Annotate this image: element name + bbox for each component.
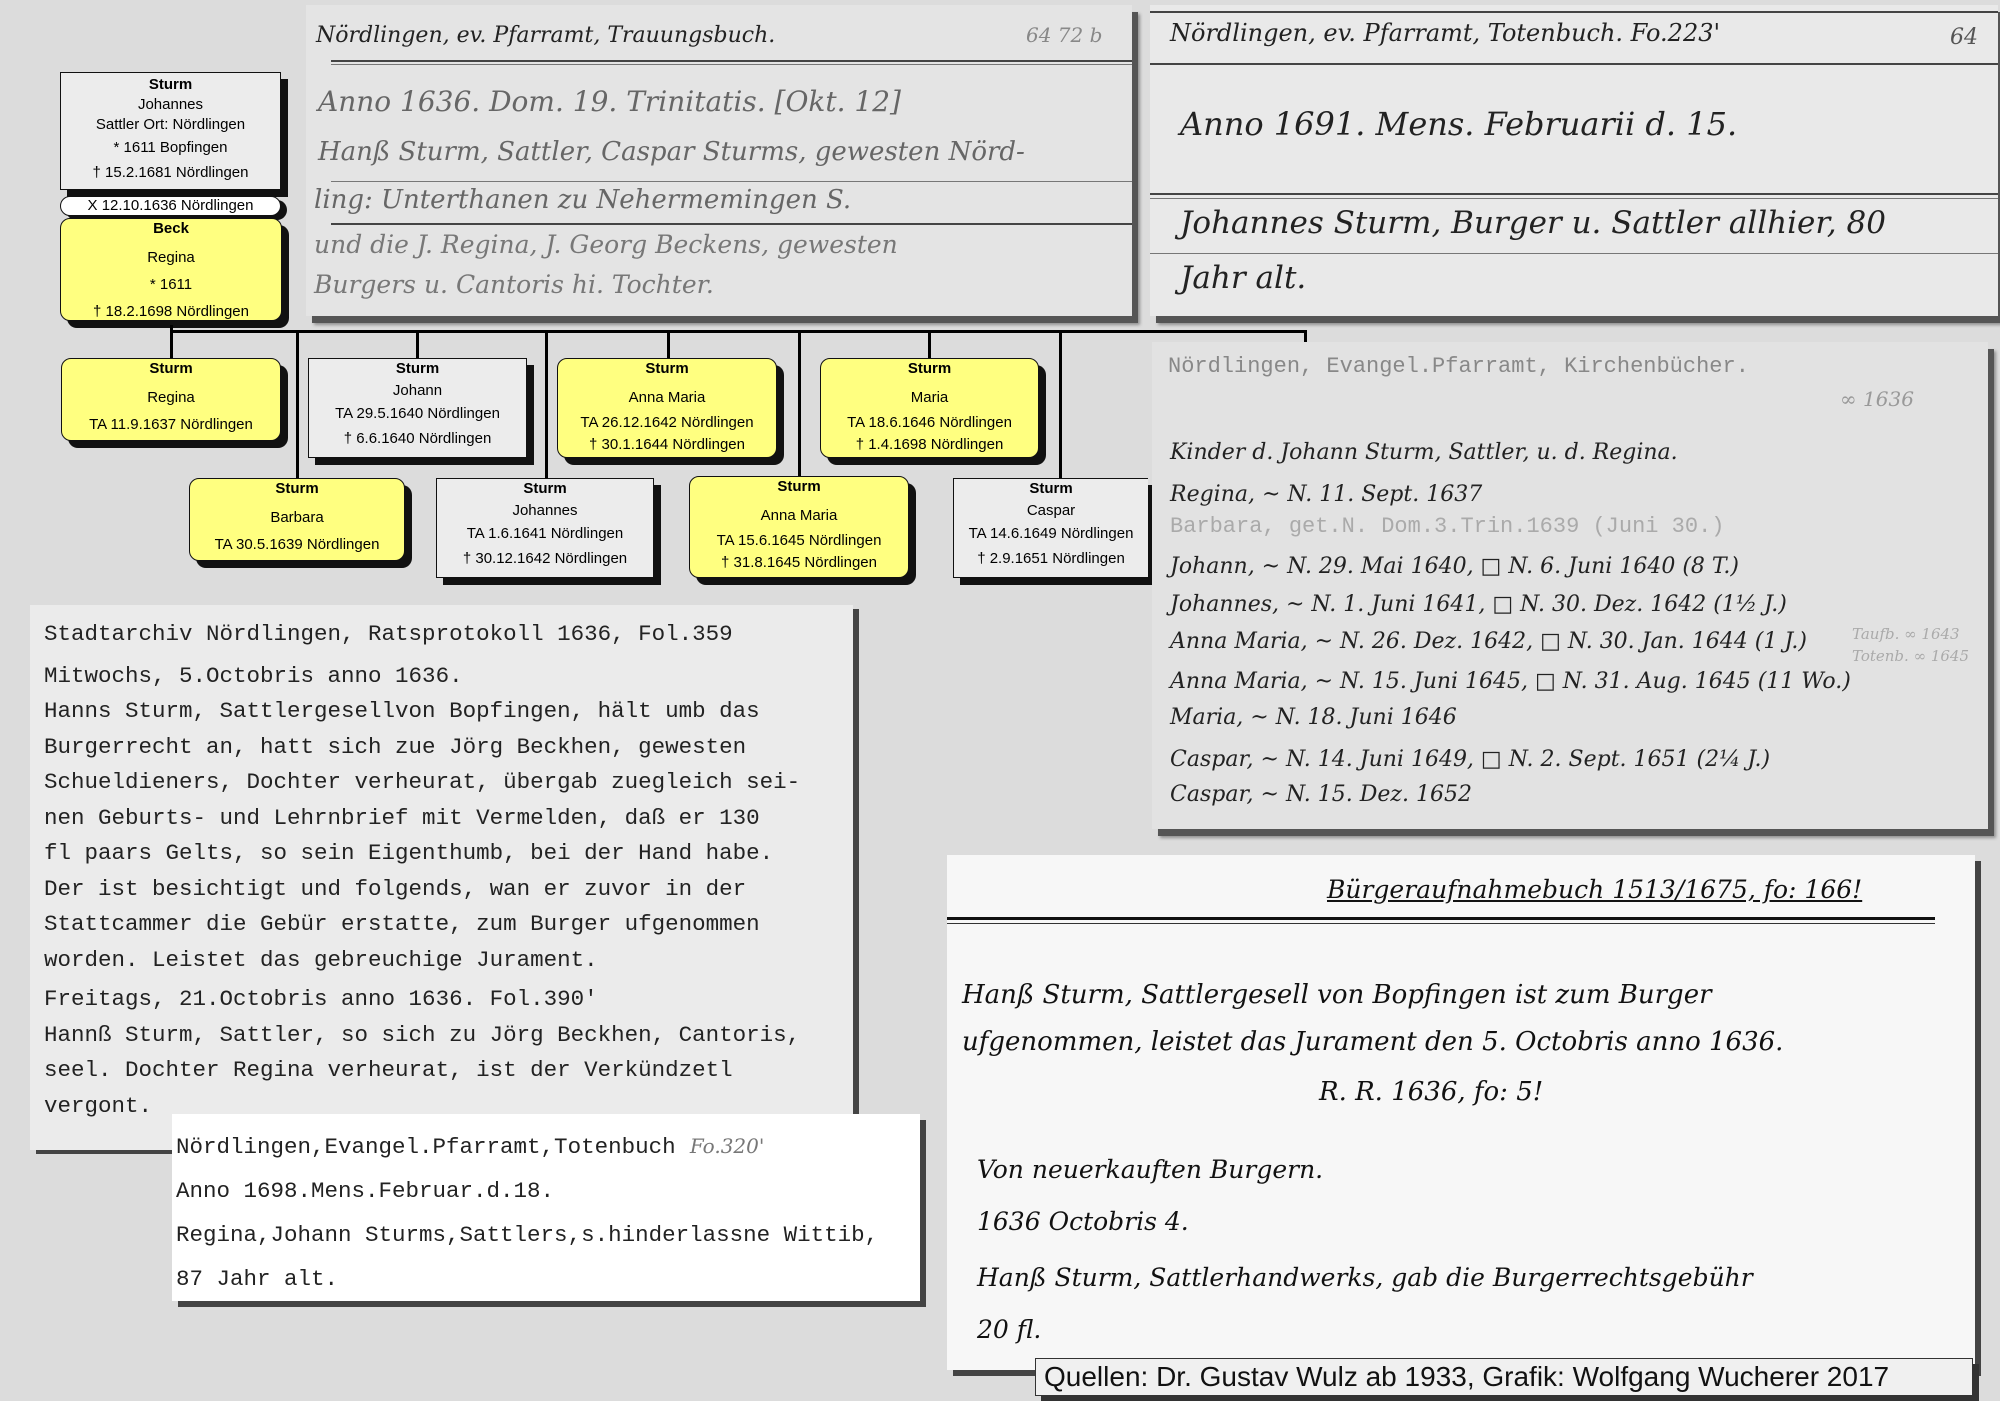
divider bbox=[1150, 253, 1998, 254]
text-line: Burgerrecht an, hatt sich zue Jörg Beckh… bbox=[44, 730, 800, 766]
card-header: Nördlingen, ev. Pfarramt, Totenbuch. Fo.… bbox=[1170, 19, 1720, 47]
card-line: und die J. Regina, J. Georg Beckens, gew… bbox=[314, 230, 898, 259]
death: † 18.2.1698 Nördlingen bbox=[61, 302, 281, 322]
child-anna-maria-1642[interactable]: Sturm Anna Maria TA 26.12.1642 Nördlinge… bbox=[557, 358, 777, 458]
text-line: seel. Dochter Regina verheurat, ist der … bbox=[44, 1053, 800, 1089]
child-anna-maria-1645[interactable]: Sturm Anna Maria TA 15.6.1645 Nördlingen… bbox=[689, 476, 909, 578]
side-note: Totenb. ∞ 1645 bbox=[1852, 647, 1969, 665]
text-line: fl paars Gelts, so sein Eigenthumb, bei … bbox=[44, 836, 800, 872]
given-name: Johann bbox=[309, 381, 526, 401]
text-line: nen Geburts- und Lehrnbrief mit Vermelde… bbox=[44, 801, 800, 837]
text-line: Freitags, 21.Octobris anno 1636. Fol.390… bbox=[44, 982, 800, 1018]
surname: Sturm bbox=[558, 359, 776, 379]
given-name: Anna Maria bbox=[558, 388, 776, 408]
marriage-date: X 12.10.1636 Nördlingen bbox=[60, 196, 281, 216]
card-line: Anno 1691. Mens. Februarii d. 15. bbox=[1180, 105, 1737, 143]
text-line: Stattcammer die Gebür erstatte, zum Burg… bbox=[44, 907, 800, 943]
side-note: Taufb. ∞ 1643 bbox=[1852, 625, 1960, 643]
text-line: 20 fl. bbox=[977, 1315, 1041, 1344]
given-name: Johannes bbox=[437, 501, 653, 521]
entry: Anna Maria, ~ N. 15. Juni 1645, □ N. 31.… bbox=[1170, 669, 1851, 694]
text-line: Hannß Sturm, Sattler, so sich zu Jörg Be… bbox=[44, 1018, 800, 1054]
person-father-johannes[interactable]: Sturm Johannes Sattler Ort: Nördlingen *… bbox=[60, 72, 281, 190]
text-line: R. R. 1636, fo: 5! bbox=[1319, 1077, 1543, 1107]
folio: Fo.320' bbox=[690, 1134, 765, 1158]
entry: Barbara, get.N. Dom.3.Trin.1639 (Juni 30… bbox=[1170, 514, 1725, 539]
death: † 6.6.1640 Nördlingen bbox=[309, 429, 526, 449]
person-mother-regina-beck[interactable]: Beck Regina * 1611 † 18.2.1698 Nördlinge… bbox=[60, 218, 282, 321]
divider bbox=[331, 223, 1132, 225]
divider bbox=[331, 64, 1132, 65]
totenbuch-typed-card: Nördlingen,Evangel.Pfarramt,Totenbuch Fo… bbox=[172, 1114, 920, 1301]
card-line: Hanß Sturm, Sattler, Caspar Sturms, gewe… bbox=[318, 137, 1025, 167]
entry: Regina, ~ N. 11. Sept. 1637 bbox=[1170, 482, 1482, 507]
ratsprotokoll-card: Stadtarchiv Nördlingen, Ratsprotokoll 16… bbox=[30, 605, 853, 1150]
baptism: TA 11.9.1637 Nördlingen bbox=[62, 415, 280, 435]
card-line: Burgers u. Cantoris hi. Tochter. bbox=[314, 270, 714, 299]
text-line: Hanß Sturm, Sattlerhandwerks, gab die Bu… bbox=[977, 1263, 1753, 1292]
text-line: Regina,Johann Sturms,Sattlers,s.hinderla… bbox=[176, 1213, 878, 1257]
divider bbox=[1150, 11, 1998, 13]
child-barbara[interactable]: Sturm Barbara TA 30.5.1639 Nördlingen bbox=[189, 478, 405, 561]
surname: Sturm bbox=[954, 479, 1148, 499]
card-number: 64 bbox=[1950, 25, 1978, 50]
surname: Sturm bbox=[62, 359, 280, 379]
child-caspar[interactable]: Sturm Caspar TA 14.6.1649 Nördlingen † 2… bbox=[953, 478, 1148, 578]
birth: * 1611 bbox=[61, 275, 281, 295]
baptism: TA 15.6.1645 Nördlingen bbox=[690, 531, 908, 551]
text-line: ufgenommen, leistet das Jurament den 5. … bbox=[962, 1027, 1783, 1057]
surname: Sturm bbox=[61, 75, 280, 95]
death: † 30.12.1642 Nördlingen bbox=[437, 549, 653, 569]
baptism: TA 18.6.1646 Nördlingen bbox=[821, 413, 1038, 433]
text-line: 87 Jahr alt. bbox=[176, 1257, 878, 1301]
text-line: Hanß Sturm, Sattlergesell von Bopfingen … bbox=[962, 980, 1712, 1010]
surname: Sturm bbox=[309, 359, 526, 379]
birth: * 1611 Bopfingen bbox=[61, 138, 280, 158]
surname: Sturm bbox=[437, 479, 653, 499]
card-line: Jahr alt. bbox=[1180, 260, 1306, 296]
connector bbox=[545, 330, 548, 480]
trauungsbuch-card: Nördlingen, ev. Pfarramt, Trauungsbuch. … bbox=[306, 5, 1132, 316]
connector bbox=[928, 330, 931, 360]
death: † 1.4.1698 Nördlingen bbox=[821, 435, 1038, 455]
divider bbox=[1150, 198, 1998, 199]
given-name: Caspar bbox=[954, 501, 1148, 521]
card-number: 64 72 b bbox=[1026, 23, 1102, 47]
divider bbox=[947, 923, 1935, 924]
entry: Caspar, ~ N. 15. Dez. 1652 bbox=[1170, 782, 1472, 807]
connector-sibling-bar bbox=[170, 330, 1305, 333]
surname: Beck bbox=[61, 219, 281, 239]
death: † 30.1.1644 Nördlingen bbox=[558, 435, 776, 455]
death: † 2.9.1651 Nördlingen bbox=[954, 549, 1148, 569]
death: † 15.2.1681 Nördlingen bbox=[61, 163, 280, 183]
baptism: TA 30.5.1639 Nördlingen bbox=[190, 535, 404, 555]
card-line: Johannes Sturm, Burger u. Sattler allhie… bbox=[1180, 205, 1886, 241]
given-name: Regina bbox=[61, 248, 281, 268]
card-intro: Kinder d. Johann Sturm, Sattler, u. d. R… bbox=[1170, 440, 1678, 465]
marriage-note: ∞ 1636 bbox=[1840, 387, 1914, 411]
entry: Johann, ~ N. 29. Mai 1640, □ N. 6. Juni … bbox=[1170, 554, 1739, 579]
entry: Anna Maria, ~ N. 26. Dez. 1642, □ N. 30.… bbox=[1170, 629, 1807, 654]
baptism: TA 14.6.1649 Nördlingen bbox=[954, 524, 1148, 544]
child-maria[interactable]: Sturm Maria TA 18.6.1646 Nördlingen † 1.… bbox=[820, 358, 1039, 458]
text-line: Der ist besichtigt und folgends, wan er … bbox=[44, 872, 800, 908]
death: † 31.8.1645 Nördlingen bbox=[690, 553, 908, 573]
totenbuch-1691-card: Nördlingen, ev. Pfarramt, Totenbuch. Fo.… bbox=[1150, 5, 1998, 316]
card-line: ling: Unterthanen zu Nehermemingen S. bbox=[314, 185, 851, 215]
text-line: Anno 1698.Mens.Februar.d.18. bbox=[176, 1169, 878, 1213]
caption-text: Quellen: Dr. Gustav Wulz ab 1933, Grafik… bbox=[1044, 1361, 1889, 1392]
baptism: TA 1.6.1641 Nördlingen bbox=[437, 524, 653, 544]
child-regina[interactable]: Sturm Regina TA 11.9.1637 Nördlingen bbox=[61, 358, 281, 441]
given-name: Johannes bbox=[61, 95, 280, 115]
connector bbox=[798, 330, 801, 480]
divider bbox=[331, 60, 1132, 62]
given-name: Maria bbox=[821, 388, 1038, 408]
entry: Johannes, ~ N. 1. Juni 1641, □ N. 30. De… bbox=[1170, 592, 1787, 617]
source-line: Stadtarchiv Nördlingen, Ratsprotokoll 16… bbox=[44, 617, 800, 653]
baptism: TA 29.5.1640 Nördlingen bbox=[309, 404, 526, 424]
surname: Sturm bbox=[190, 479, 404, 499]
connector bbox=[667, 330, 670, 360]
text-line: 1636 Octobris 4. bbox=[977, 1207, 1189, 1236]
totenbuch-text: Nördlingen,Evangel.Pfarramt,Totenbuch Fo… bbox=[176, 1124, 878, 1301]
ratsprotokoll-text: Stadtarchiv Nördlingen, Ratsprotokoll 16… bbox=[44, 617, 800, 1124]
text-line: Von neuerkauften Burgern. bbox=[977, 1155, 1323, 1184]
marriage-text: X 12.10.1636 Nördlingen bbox=[88, 197, 254, 214]
card-line: Anno 1636. Dom. 19. Trinitatis. [Okt. 12… bbox=[318, 85, 901, 118]
connector bbox=[296, 330, 299, 480]
entry: Maria, ~ N. 18. Juni 1646 bbox=[1170, 705, 1457, 730]
child-johannes-1641[interactable]: Sturm Johannes TA 1.6.1641 Nördlingen † … bbox=[436, 478, 654, 578]
card-header: Nördlingen, Evangel.Pfarramt, Kirchenbüc… bbox=[1168, 354, 1749, 379]
occupation: Sattler Ort: Nördlingen bbox=[61, 115, 280, 135]
connector bbox=[1059, 330, 1062, 480]
divider bbox=[947, 917, 1935, 920]
text-line: worden. Leistet das gebreuchige Jurament… bbox=[44, 943, 800, 979]
card-header: Nördlingen,Evangel.Pfarramt,Totenbuch bbox=[176, 1134, 676, 1160]
surname: Sturm bbox=[690, 477, 908, 497]
text-line: Hanns Sturm, Sattlergesellvon Bopfingen,… bbox=[44, 694, 800, 730]
surname: Sturm bbox=[821, 359, 1038, 379]
card-header: Nördlingen, ev. Pfarramt, Trauungsbuch. bbox=[316, 23, 775, 48]
baptism: TA 26.12.1642 Nördlingen bbox=[558, 413, 776, 433]
connector bbox=[416, 330, 419, 360]
kirchenbuecher-card: Nördlingen, Evangel.Pfarramt, Kirchenbüc… bbox=[1152, 342, 1988, 829]
given-name: Barbara bbox=[190, 508, 404, 528]
card-header: Bürgeraufnahmebuch 1513/1675, fo: 166! bbox=[1327, 875, 1862, 904]
child-johann[interactable]: Sturm Johann TA 29.5.1640 Nördlingen † 6… bbox=[308, 358, 527, 458]
given-name: Regina bbox=[62, 388, 280, 408]
buergeraufnahme-card: Bürgeraufnahmebuch 1513/1675, fo: 166! H… bbox=[947, 855, 1975, 1370]
divider bbox=[1150, 193, 1998, 195]
connector bbox=[1304, 330, 1307, 342]
text-line: Mitwochs, 5.Octobris anno 1636. bbox=[44, 659, 800, 695]
entry: Caspar, ~ N. 14. Juni 1649, □ N. 2. Sept… bbox=[1170, 747, 1770, 772]
given-name: Anna Maria bbox=[690, 506, 908, 526]
text-line: Schueldieners, Dochter verheurat, überga… bbox=[44, 765, 800, 801]
sources-caption: Quellen: Dr. Gustav Wulz ab 1933, Grafik… bbox=[1035, 1358, 1973, 1396]
divider bbox=[1150, 63, 1998, 65]
divider bbox=[331, 181, 1132, 182]
